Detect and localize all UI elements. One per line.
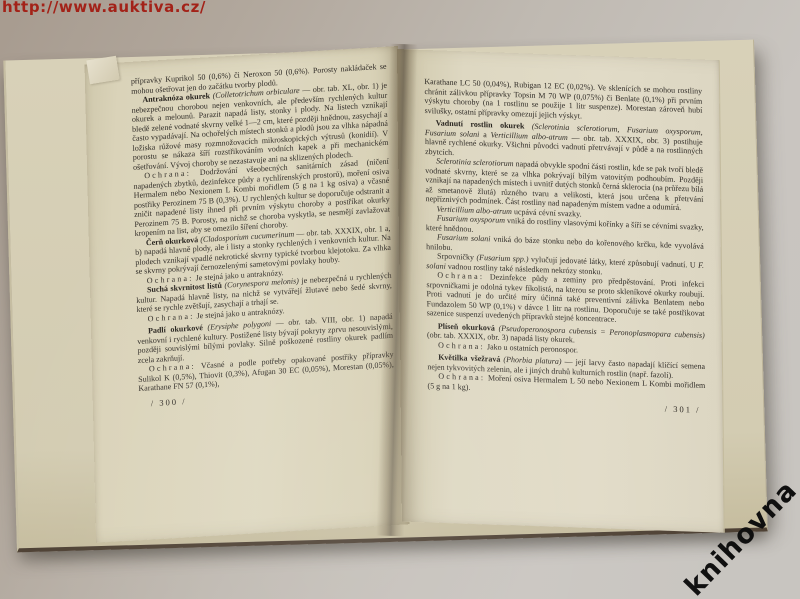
text-run: Jako u ostatních peronospor.	[485, 342, 578, 354]
right-page: Karathane LC 50 (0,04%), Rubigan 12 EC (…	[397, 49, 725, 533]
photo-background: přípravky Kuprikol 50 (0,6%) či Neroxon …	[0, 0, 800, 599]
left-page: přípravky Kuprikol 50 (0,6%) či Neroxon …	[85, 46, 410, 543]
page-corner-fold	[86, 56, 119, 84]
left-page-text: přípravky Kuprikol 50 (0,6%) či Neroxon …	[85, 46, 407, 396]
right-page-text: Karathane LC 50 (0,04%), Rubigan 12 EC (…	[397, 49, 722, 401]
text-run: Ochrana:	[438, 340, 485, 351]
watermark-url: http://www.auktiva.cz/	[2, 0, 206, 16]
paragraph: Ochrana: Dezinfekce půdy a zeminy pro př…	[426, 270, 704, 327]
paragraph: Karathane LC 50 (0,04%), Rubigan 12 EC (…	[424, 77, 702, 125]
text-run: Karathane LC 50 (0,04%), Rubigan 12 EC (…	[424, 77, 702, 120]
text-run: Ochrana:	[148, 311, 195, 323]
text-run: a	[479, 129, 490, 138]
